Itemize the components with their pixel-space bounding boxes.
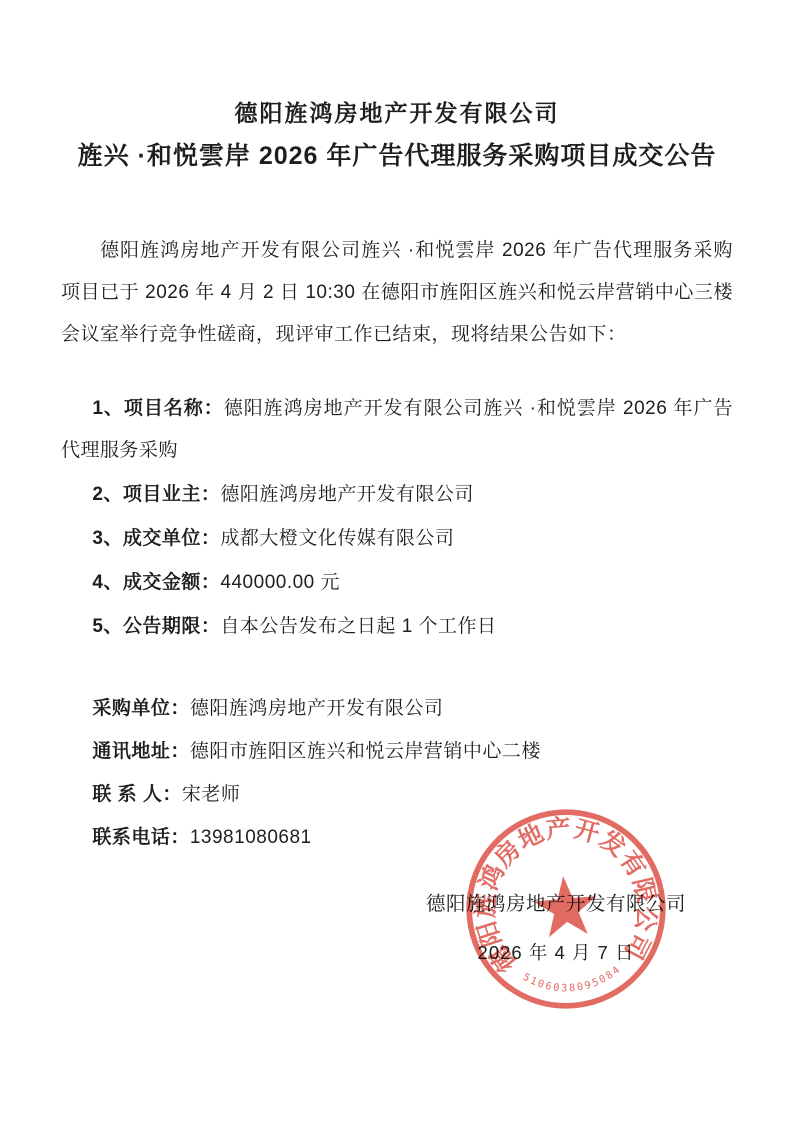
contact-value: 宋老师 — [182, 784, 241, 805]
item-label: 4、成交金额： — [92, 572, 220, 593]
contact-row-address: 通讯地址：德阳市旌阳区旌兴和悦云岸营销中心二楼 — [61, 731, 733, 773]
result-item-project-name: 1、项目名称：德阳旌鸿房地产开发有限公司旌兴 ·和悦雲岸 2026 年广告代理服… — [61, 388, 733, 472]
item-label: 5、公告期限： — [92, 616, 220, 637]
item-value: 440000.00 元 — [220, 572, 340, 593]
contact-label: 联系电话： — [92, 827, 190, 848]
result-list: 1、项目名称：德阳旌鸿房地产开发有限公司旌兴 ·和悦雲岸 2026 年广告代理服… — [61, 388, 733, 648]
result-item-project-owner: 2、项目业主：德阳旌鸿房地产开发有限公司 — [61, 474, 733, 516]
contact-value: 德阳旌鸿房地产开发有限公司 — [190, 698, 444, 719]
contact-value: 德阳市旌阳区旌兴和悦云岸营销中心二楼 — [190, 741, 541, 762]
star-icon — [532, 873, 600, 938]
document-page: 德阳旌鸿房地产开发有限公司 旌兴 ·和悦雲岸 2026 年广告代理服务采购项目成… — [0, 0, 794, 1122]
item-value: 德阳旌鸿房地产开发有限公司 — [220, 484, 474, 505]
item-value: 自本公告发布之日起 1 个工作日 — [220, 616, 496, 637]
item-value: 成都大橙文化传媒有限公司 — [220, 528, 454, 549]
page-title: 德阳旌鸿房地产开发有限公司 — [61, 96, 733, 130]
result-item-notice-period: 5、公告期限：自本公告发布之日起 1 个工作日 — [61, 606, 733, 648]
item-label: 3、成交单位： — [92, 528, 220, 549]
contact-label: 联 系 人： — [92, 784, 182, 805]
contact-label: 通讯地址： — [92, 741, 190, 762]
result-item-award-amount: 4、成交金额：440000.00 元 — [61, 562, 733, 604]
page-subtitle: 旌兴 ·和悦雲岸 2026 年广告代理服务采购项目成交公告 — [61, 136, 733, 176]
contact-row-purchaser: 采购单位：德阳旌鸿房地产开发有限公司 — [61, 688, 733, 730]
contact-label: 采购单位： — [92, 698, 190, 719]
intro-paragraph: 德阳旌鸿房地产开发有限公司旌兴 ·和悦雲岸 2026 年广告代理服务采购项目已于… — [61, 230, 733, 356]
contact-value: 13981080681 — [190, 827, 312, 848]
company-seal: 德阳旌鸿房地产开发有限公司 5106038095084 — [454, 797, 677, 1020]
result-item-winning-bidder: 3、成交单位：成都大橙文化传媒有限公司 — [61, 518, 733, 560]
document-content: 德阳旌鸿房地产开发有限公司 旌兴 ·和悦雲岸 2026 年广告代理服务采购项目成… — [0, 0, 794, 859]
item-label: 1、项目名称： — [92, 398, 223, 419]
item-label: 2、项目业主： — [92, 484, 220, 505]
